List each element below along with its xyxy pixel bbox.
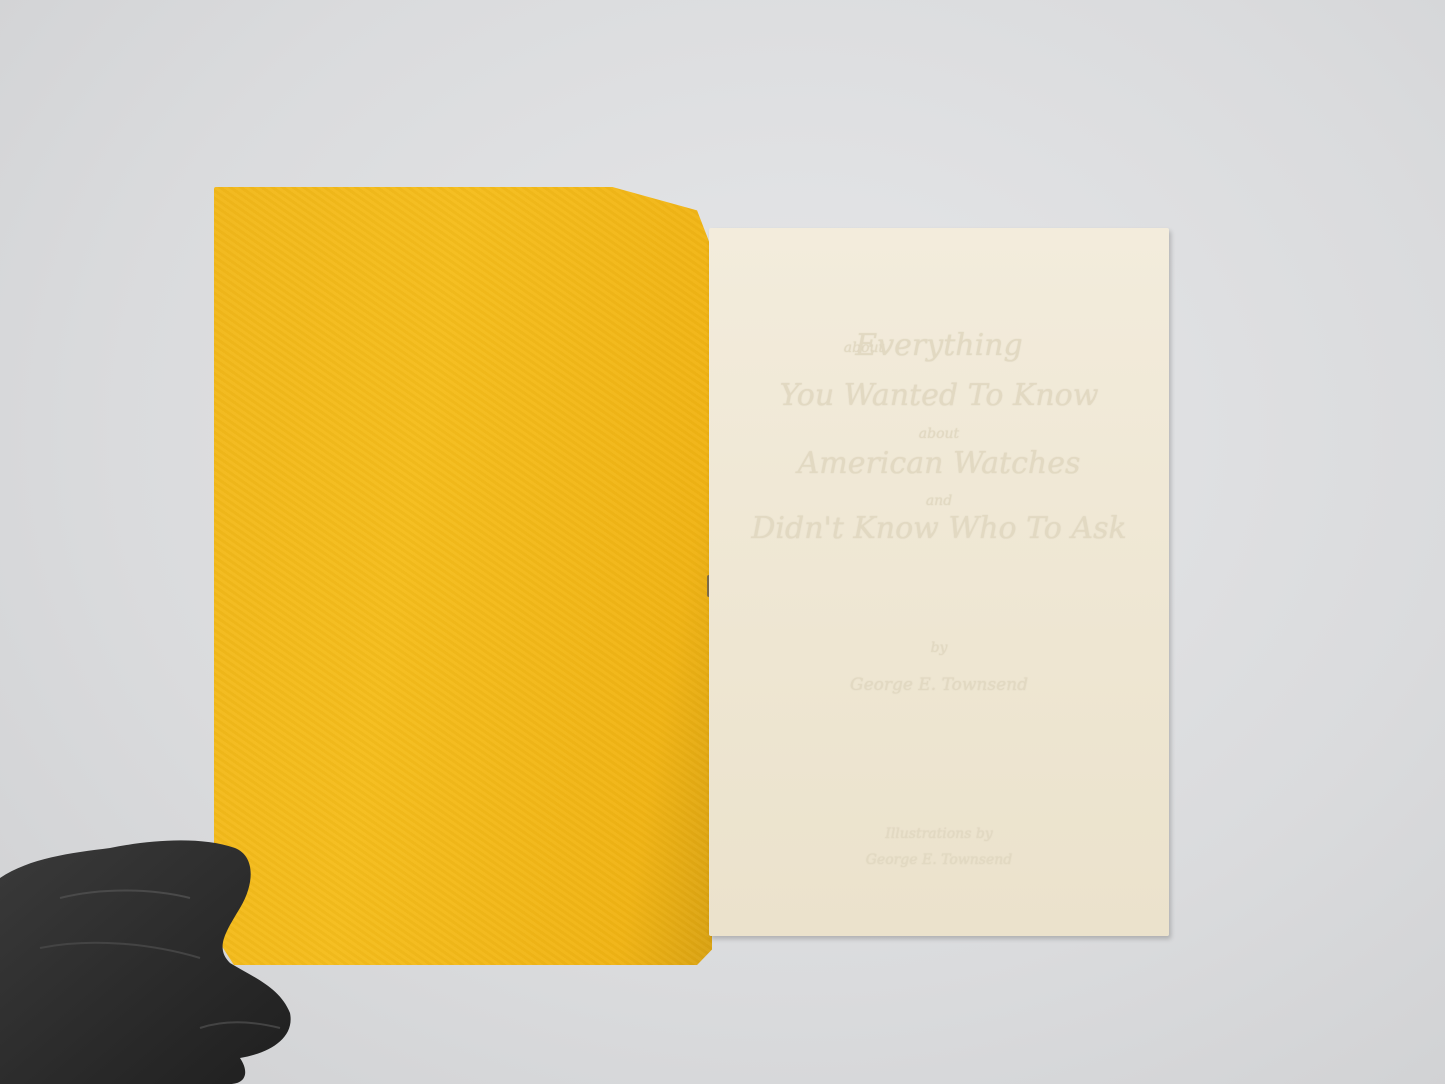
- title-line-1: Everything: [709, 328, 1169, 363]
- title-line-6: Didn't Know Who To Ask: [709, 511, 1169, 546]
- illustrated-label: Illustrations by: [709, 826, 1169, 842]
- illustrator-name: George E. Townsend: [709, 852, 1169, 868]
- title-line-3: about: [709, 426, 1169, 442]
- title-line-2: You Wanted To Know: [709, 378, 1169, 413]
- title-line-4: American Watches: [709, 446, 1169, 481]
- by-label: by: [709, 640, 1169, 656]
- author-name: George E. Townsend: [709, 675, 1169, 695]
- gloved-hand: [0, 838, 300, 1084]
- title-page: about Everything You Wanted To Know abou…: [709, 228, 1169, 936]
- photo-scene: about Everything You Wanted To Know abou…: [0, 0, 1445, 1084]
- title-line-5: and: [709, 493, 1169, 509]
